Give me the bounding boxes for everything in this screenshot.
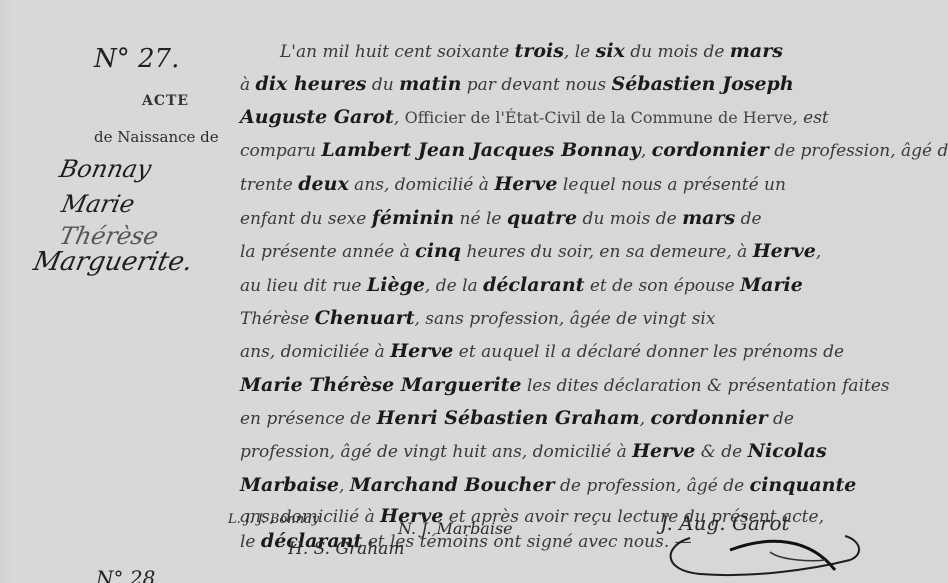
record-line: L'an mil huit cent soixante trois, le si…	[280, 40, 783, 62]
record-text: enfant du sexe	[240, 209, 372, 229]
handwritten-entry: Herve	[390, 340, 453, 362]
record-line: ans, domicilié à Herve et après avoir re…	[240, 505, 824, 527]
handwritten-entry: Herve	[494, 173, 557, 195]
handwritten-entry: Sébastien Joseph	[611, 73, 793, 95]
record-line: enfant du sexe féminin né le quatre du m…	[240, 207, 762, 229]
record-text: du	[367, 75, 400, 95]
record-text: L'an mil huit cent soixante	[280, 42, 515, 62]
handwritten-entry: Marie Thérèse Marguerite	[240, 374, 521, 396]
record-text: et les témoins ont signé avec nous. —	[362, 532, 691, 552]
record-text: né le	[454, 209, 507, 229]
record-text: de profession, âgé de	[555, 476, 750, 496]
record-line: Thérèse Chenuart, sans profession, âgée …	[240, 307, 715, 329]
record-text: ,	[339, 476, 350, 496]
record-text: heures du soir, en sa demeure, à	[461, 242, 753, 262]
record-text: au lieu dit rue	[240, 276, 367, 296]
margin-given-name-3: Marguerite.	[31, 247, 196, 277]
record-text: ,	[641, 141, 652, 161]
record-text: et de son épouse	[584, 276, 740, 296]
handwritten-entry: Herve	[753, 240, 816, 262]
record-text: la présente année à	[240, 242, 415, 262]
handwritten-entry: mars	[682, 207, 735, 229]
record-text: , le	[564, 42, 596, 62]
record-text: ans, domicilié à	[349, 175, 495, 195]
margin-surname: Bonnay	[57, 155, 154, 183]
record-text: ,	[394, 108, 405, 128]
record-line: profession, âgé de vingt huit ans, domic…	[240, 440, 827, 462]
record-text: de	[735, 209, 761, 229]
handwritten-entry: cordonnier	[650, 407, 767, 429]
record-text: Officier de l'État-Civil de la Commune d…	[405, 108, 793, 127]
record-text: , de la	[425, 276, 483, 296]
handwritten-entry: Marie	[740, 274, 803, 296]
record-text: et après avoir reçu lecture du présent a…	[443, 507, 824, 527]
record-text: les dites déclaration & présentation fai…	[521, 376, 889, 396]
record-text: le	[240, 532, 261, 552]
handwritten-entry: Herve	[380, 505, 443, 527]
handwritten-entry: trois	[515, 40, 564, 62]
record-text: ,	[640, 409, 651, 429]
record-text: par devant nous	[461, 75, 611, 95]
record-line: la présente année à cinq heures du soir,…	[240, 240, 821, 262]
record-text: , est	[792, 108, 828, 128]
acte-number: N° 27.	[94, 44, 179, 74]
handwritten-entry: Nicolas	[748, 440, 827, 462]
record-text: de	[768, 409, 794, 429]
record-text: comparu	[240, 141, 321, 161]
record-text: ans, domiciliée à	[240, 342, 390, 362]
record-text: lequel nous a présenté un	[558, 175, 786, 195]
record-line: le déclarant et les témoins ont signé av…	[240, 530, 692, 552]
next-acte-number: N° 28	[96, 566, 155, 583]
record-text: de profession, âgé de	[769, 141, 948, 161]
handwritten-entry: Chenuart	[315, 307, 415, 329]
handwritten-entry: Henri Sébastien Graham	[377, 407, 640, 429]
record-line: Marie Thérèse Marguerite les dites décla…	[240, 374, 890, 396]
record-line: trente deux ans, domicilié à Herve leque…	[240, 173, 786, 195]
handwritten-entry: Auguste Garot	[240, 106, 394, 128]
record-text: , sans profession, âgée de vingt six	[414, 309, 715, 329]
record-line: en présence de Henri Sébastien Graham, c…	[240, 407, 794, 429]
acte-subheading: de Naissance de	[94, 128, 219, 146]
record-line: à dix heures du matin par devant nous Sé…	[240, 73, 794, 95]
record-text: du mois de	[577, 209, 682, 229]
handwritten-entry: Lambert Jean Jacques Bonnay	[321, 139, 640, 161]
handwritten-entry: deux	[298, 173, 349, 195]
record-text: ,	[816, 242, 821, 262]
record-text: profession, âgé de vingt huit ans, domic…	[240, 442, 632, 462]
record-text: et auquel il a déclaré donner les prénom…	[453, 342, 844, 362]
record-line: ans, domiciliée à Herve et auquel il a d…	[240, 340, 844, 362]
handwritten-entry: Herve	[632, 440, 695, 462]
record-line: Auguste Garot, Officier de l'État-Civil …	[240, 106, 829, 128]
handwritten-entry: dix heures	[256, 73, 367, 95]
record-line: au lieu dit rue Liège, de la déclarant e…	[240, 274, 803, 296]
record-line: comparu Lambert Jean Jacques Bonnay, cor…	[240, 139, 948, 161]
margin-column: N° 27. ACTE de Naissance de Bonnay Marie…	[0, 0, 240, 583]
record-text: du mois de	[625, 42, 730, 62]
acte-heading: ACTE	[142, 93, 189, 109]
handwritten-entry: cordonnier	[652, 139, 769, 161]
handwritten-entry: Marchand Boucher	[350, 474, 555, 496]
record-text: à	[240, 75, 256, 95]
handwritten-entry: déclarant	[261, 530, 362, 552]
handwritten-entry: mars	[730, 40, 783, 62]
handwritten-entry: féminin	[372, 207, 454, 229]
record-line: Marbaise, Marchand Boucher de profession…	[240, 474, 856, 496]
register-page: N° 27. ACTE de Naissance de Bonnay Marie…	[0, 0, 948, 583]
handwritten-entry: cinq	[415, 240, 461, 262]
record-text: & de	[695, 442, 747, 462]
margin-given-name-2: Thérèse	[57, 222, 161, 250]
record-text: Thérèse	[240, 309, 315, 329]
handwritten-entry: quatre	[507, 207, 577, 229]
handwritten-entry: Liège	[367, 274, 425, 296]
handwritten-entry: six	[596, 40, 625, 62]
record-text: en présence de	[240, 409, 377, 429]
record-text: trente	[240, 175, 298, 195]
handwritten-entry: Marbaise	[240, 474, 339, 496]
handwritten-entry: déclarant	[483, 274, 584, 296]
margin-given-name-1: Marie	[59, 190, 137, 218]
record-text: ans, domicilié à	[240, 507, 380, 527]
handwritten-entry: cinquante	[750, 474, 857, 496]
handwritten-entry: matin	[399, 73, 461, 95]
